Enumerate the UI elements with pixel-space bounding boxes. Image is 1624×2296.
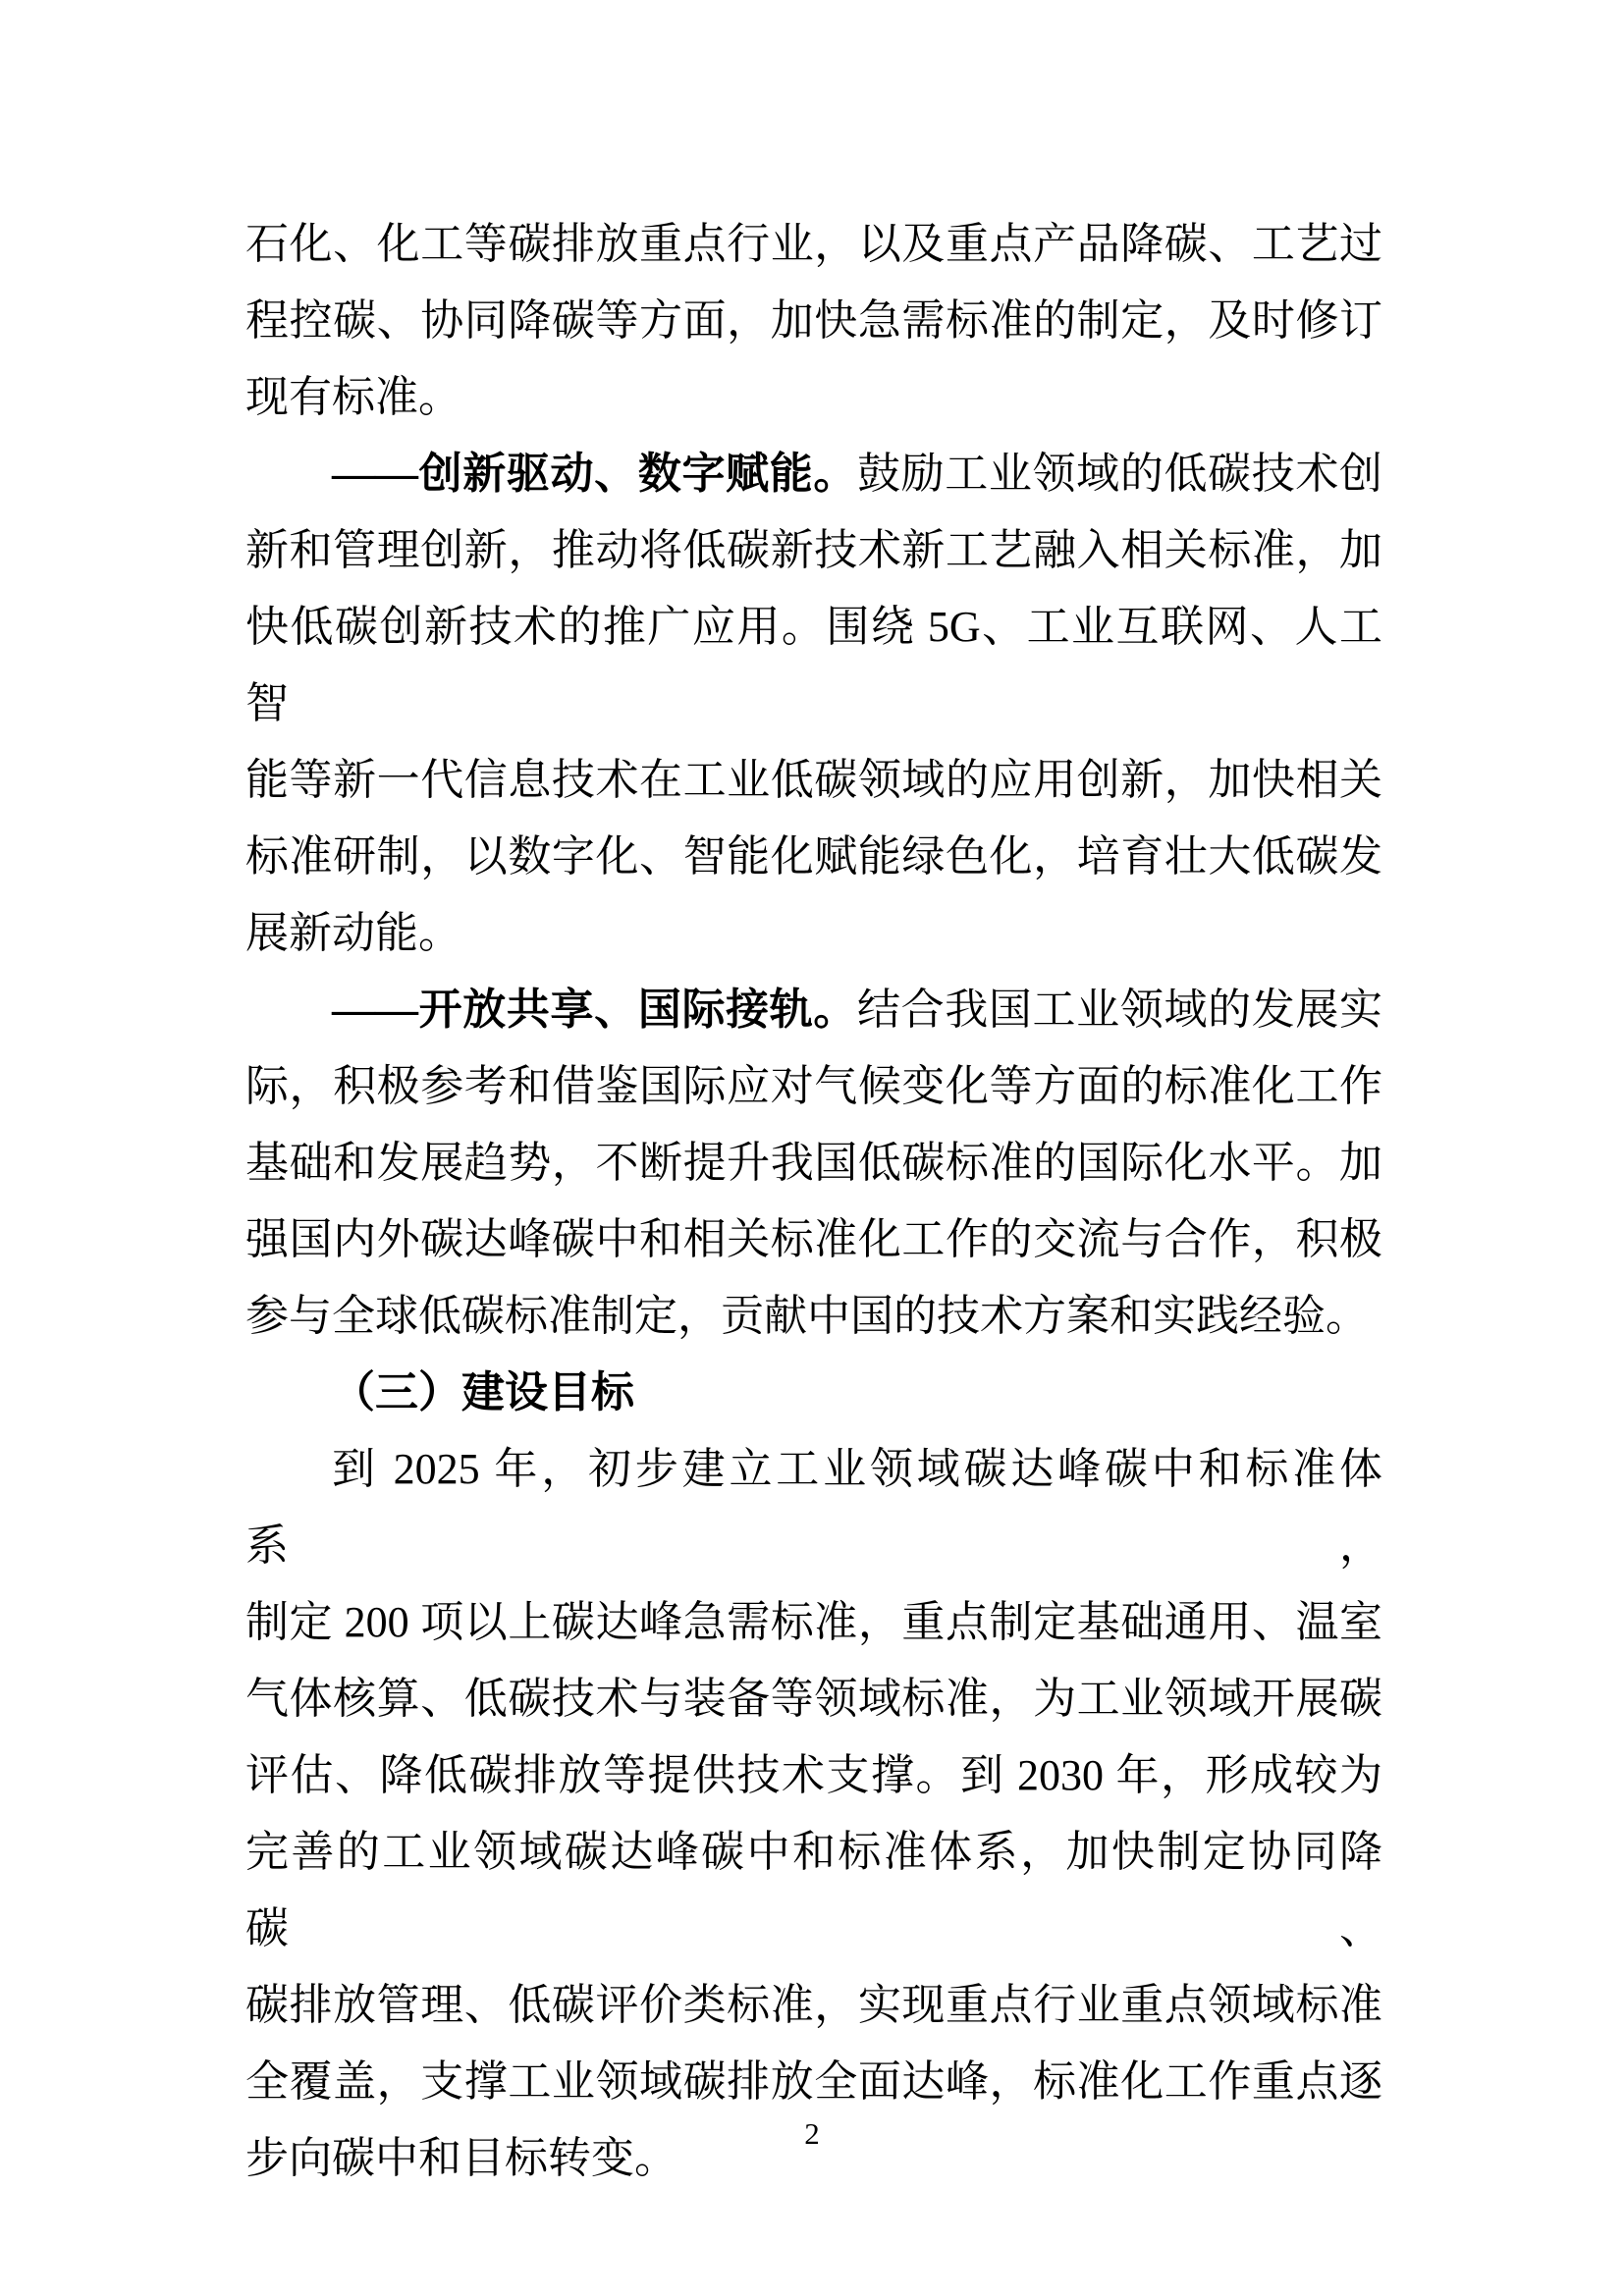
text-line: 制定 200 项以上碳达峰急需标准，重点制定基础通用、温室	[245, 1584, 1382, 1661]
text-line: 标准研制，以数字化、智能化赋能绿色化，培育壮大低碳发	[245, 819, 1382, 895]
paragraph-lead: ——创新驱动、数字赋能。	[332, 450, 857, 498]
text-line: 强国内外碳达峰碳中和相关标准化工作的交流与合作，积极	[245, 1201, 1382, 1278]
text-line: 石化、化工等碳排放重点行业，以及重点产品降碳、工艺过	[245, 206, 1382, 283]
section-heading: （三）建设目标	[245, 1355, 1382, 1431]
text-line: 全覆盖，支撑工业领域碳排放全面达峰，标准化工作重点逐	[245, 2044, 1382, 2120]
paragraph-lead: ——开放共享、国际接轨。	[332, 986, 857, 1034]
text-line: 能等新一代信息技术在工业低碳领域的应用创新，加快相关	[245, 742, 1382, 819]
document-page: 石化、化工等碳排放重点行业，以及重点产品降碳、工艺过程控碳、协同降碳等方面，加快…	[0, 0, 1624, 2296]
text-line: 新和管理创新，推动将低碳新技术新工艺融入相关标准，加	[245, 512, 1382, 589]
text-line: 完善的工业领域碳达峰碳中和标准体系，加快制定协同降碳、	[245, 1814, 1382, 1967]
text-line: ——创新驱动、数字赋能。鼓励工业领域的低碳技术创	[245, 436, 1382, 512]
text-line: 评估、降低碳排放等提供技术支撑。到 2030 年，形成较为	[245, 1737, 1382, 1814]
page-number: 2	[0, 2116, 1624, 2152]
text-line: 参与全球低碳标准制定，贡献中国的技术方案和实践经验。	[245, 1278, 1382, 1355]
section-heading-label: （三）建设目标	[332, 1368, 634, 1416]
text-line: 程控碳、协同降碳等方面，加快急需标准的制定，及时修订	[245, 283, 1382, 359]
text-block: 石化、化工等碳排放重点行业，以及重点产品降碳、工艺过程控碳、协同降碳等方面，加快…	[245, 206, 1382, 2197]
text-line: 现有标准。	[245, 359, 1382, 436]
text-line: 碳排放管理、低碳评价类标准，实现重点行业重点领域标准	[245, 1967, 1382, 2044]
text-line: 际，积极参考和借鉴国际应对气候变化等方面的标准化工作	[245, 1048, 1382, 1125]
text-line: 到 2025 年，初步建立工业领域碳达峰碳中和标准体系，	[245, 1431, 1382, 1584]
text-line: 气体核算、低碳技术与装备等领域标准，为工业领域开展碳	[245, 1661, 1382, 1737]
text-line: 快低碳创新技术的推广应用。围绕 5G、工业互联网、人工智	[245, 589, 1382, 742]
text-line: 基础和发展趋势，不断提升我国低碳标准的国际化水平。加	[245, 1125, 1382, 1201]
text-line: 展新动能。	[245, 895, 1382, 972]
text-line: ——开放共享、国际接轨。结合我国工业领域的发展实	[245, 972, 1382, 1048]
